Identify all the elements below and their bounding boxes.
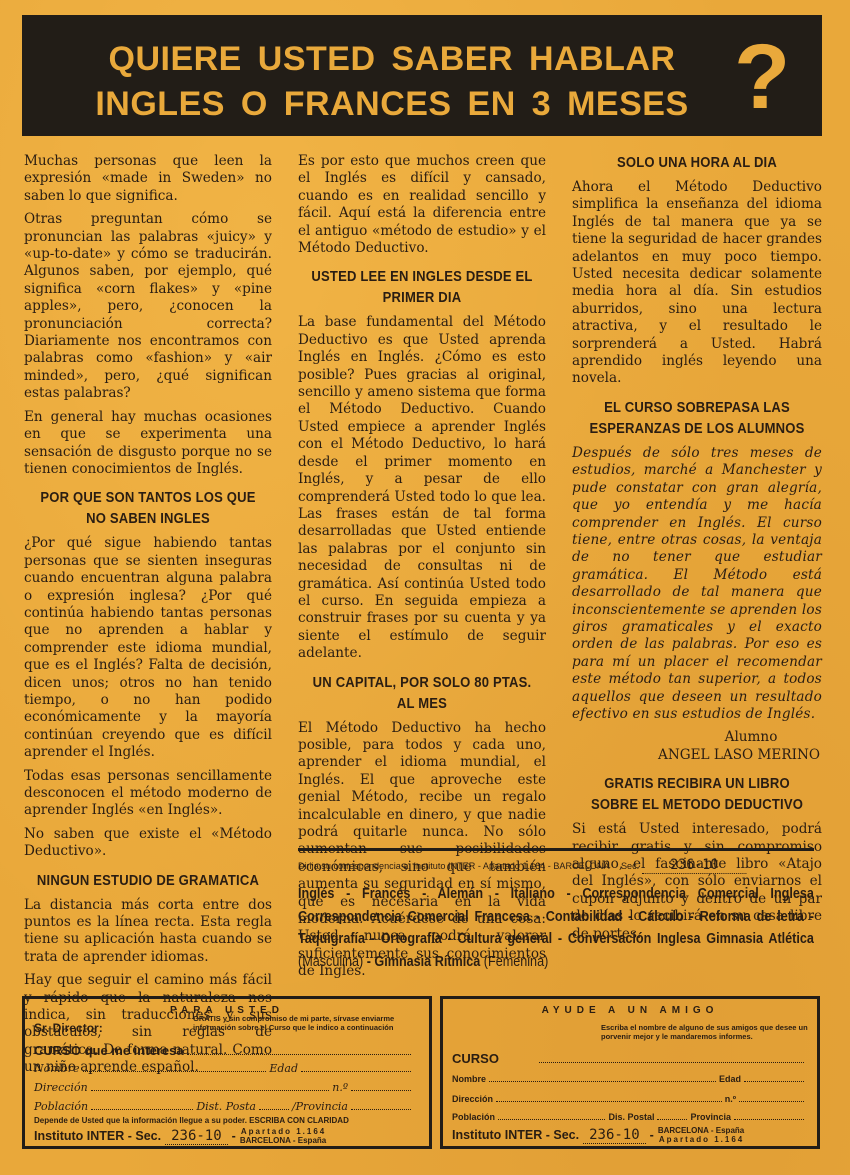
headline-banner: QUIERE USTED SABER HABLAR INGLES O FRANC… (22, 15, 822, 136)
warning-note: Depende de Usted que la información lleg… (34, 1116, 349, 1125)
paragraph: Otras preguntan cómo se pronuncian las p… (24, 211, 272, 402)
headline-line-2: INGLES O FRANCES EN 3 MESES (72, 82, 712, 127)
provincia-field[interactable] (734, 1111, 804, 1120)
direccion-field[interactable] (496, 1093, 722, 1102)
salutation: Sr. Director: (34, 1021, 103, 1035)
section-heading: UN CAPITAL, POR SOLO 80 PTAS. AL MES (310, 673, 533, 715)
dist-field[interactable] (657, 1111, 687, 1120)
headline-line-1: QUIERE USTED SABER HABLAR (72, 37, 712, 82)
testimonial-quote: Después de sólo tres meses de estudios, … (572, 445, 822, 724)
signature-role: Alumno (572, 729, 820, 746)
curso-field[interactable] (539, 1054, 804, 1063)
dist-field[interactable] (259, 1101, 289, 1110)
section-heading: POR QUE SON TANTOS LOS QUE NO SABEN INGL… (36, 488, 259, 530)
contact-info: Dirija su correspondencia a: Instituto I… (298, 848, 814, 973)
section-heading: GRATIS RECIBIRA UN LIBRO SOBRE EL METODO… (585, 774, 810, 816)
paragraph: La base fundamental del Método Deductivo… (298, 314, 546, 662)
section-code: 236-10 (165, 1128, 228, 1145)
coupon-ayude-a-un-amigo: AYUDE A UN AMIGO Escriba el nombre de al… (440, 996, 820, 1149)
mailing-address: Dirija su correspondencia a: Instituto I… (298, 857, 788, 874)
coupon-title: AYUDE A UN AMIGO (443, 1005, 817, 1016)
paragraph: La distancia más corta entre dos puntos … (24, 897, 272, 967)
numero-field[interactable] (351, 1082, 411, 1091)
edad-field[interactable] (744, 1073, 804, 1082)
provincia-field[interactable] (351, 1101, 411, 1110)
nombre-field[interactable] (489, 1073, 716, 1082)
coupon-para-usted: PARA USTED Sr. Director: GRATIS y sin co… (22, 996, 432, 1149)
nombre-field[interactable] (83, 1063, 267, 1072)
poblacion-field[interactable] (91, 1101, 193, 1110)
paragraph: En general hay muchas ocasiones en que s… (24, 409, 272, 479)
column-1: Muchas personas que leen la expresión «m… (24, 153, 272, 1083)
coupon-note: Escriba el nombre de alguno de sus amigo… (601, 1023, 811, 1041)
coupon-note: GRATIS y sin compromiso de mi parte, sír… (193, 1014, 418, 1032)
section-heading: SOLO UNA HORA AL DIA (585, 153, 810, 174)
column-3: SOLO UNA HORA AL DIA Ahora el Método Ded… (572, 153, 822, 949)
poblacion-field[interactable] (498, 1111, 605, 1120)
paragraph: ¿Por qué sigue habiendo tantas personas … (24, 535, 272, 761)
paragraph: No saben que existe el «Método Deductivo… (24, 826, 272, 861)
testimonial-signature: Alumno ANGEL LASO MERINO (572, 729, 822, 764)
headline: QUIERE USTED SABER HABLAR INGLES O FRANC… (72, 37, 712, 127)
signature-name: ANGEL LASO MERINO (572, 747, 820, 764)
section-heading: USTED LEE EN INGLES DESDE EL PRIMER DIA (310, 267, 533, 309)
paragraph: Todas esas personas sencillamente descon… (24, 768, 272, 820)
paragraph: Ahora el Método Deductivo simplifica la … (572, 179, 822, 388)
direccion-field[interactable] (91, 1082, 330, 1091)
question-mark-icon: ? (734, 27, 790, 127)
paragraph: Es por esto que muchos creen que el Ingl… (298, 153, 546, 257)
section-code: 236-10 (583, 1127, 646, 1144)
edad-field[interactable] (301, 1063, 411, 1072)
section-code: 236-10 (642, 857, 747, 874)
curso-field[interactable] (187, 1046, 411, 1055)
course-list: Inglés - Francés - Alemán - Italiano - C… (298, 883, 814, 973)
paragraph: Muchas personas que leen la expresión «m… (24, 153, 272, 205)
numero-field[interactable] (739, 1093, 804, 1102)
section-heading: EL CURSO SOBREPASA LAS ESPERANZAS DE LOS… (585, 398, 810, 440)
section-heading: NINGUN ESTUDIO DE GRAMATICA (36, 871, 259, 892)
